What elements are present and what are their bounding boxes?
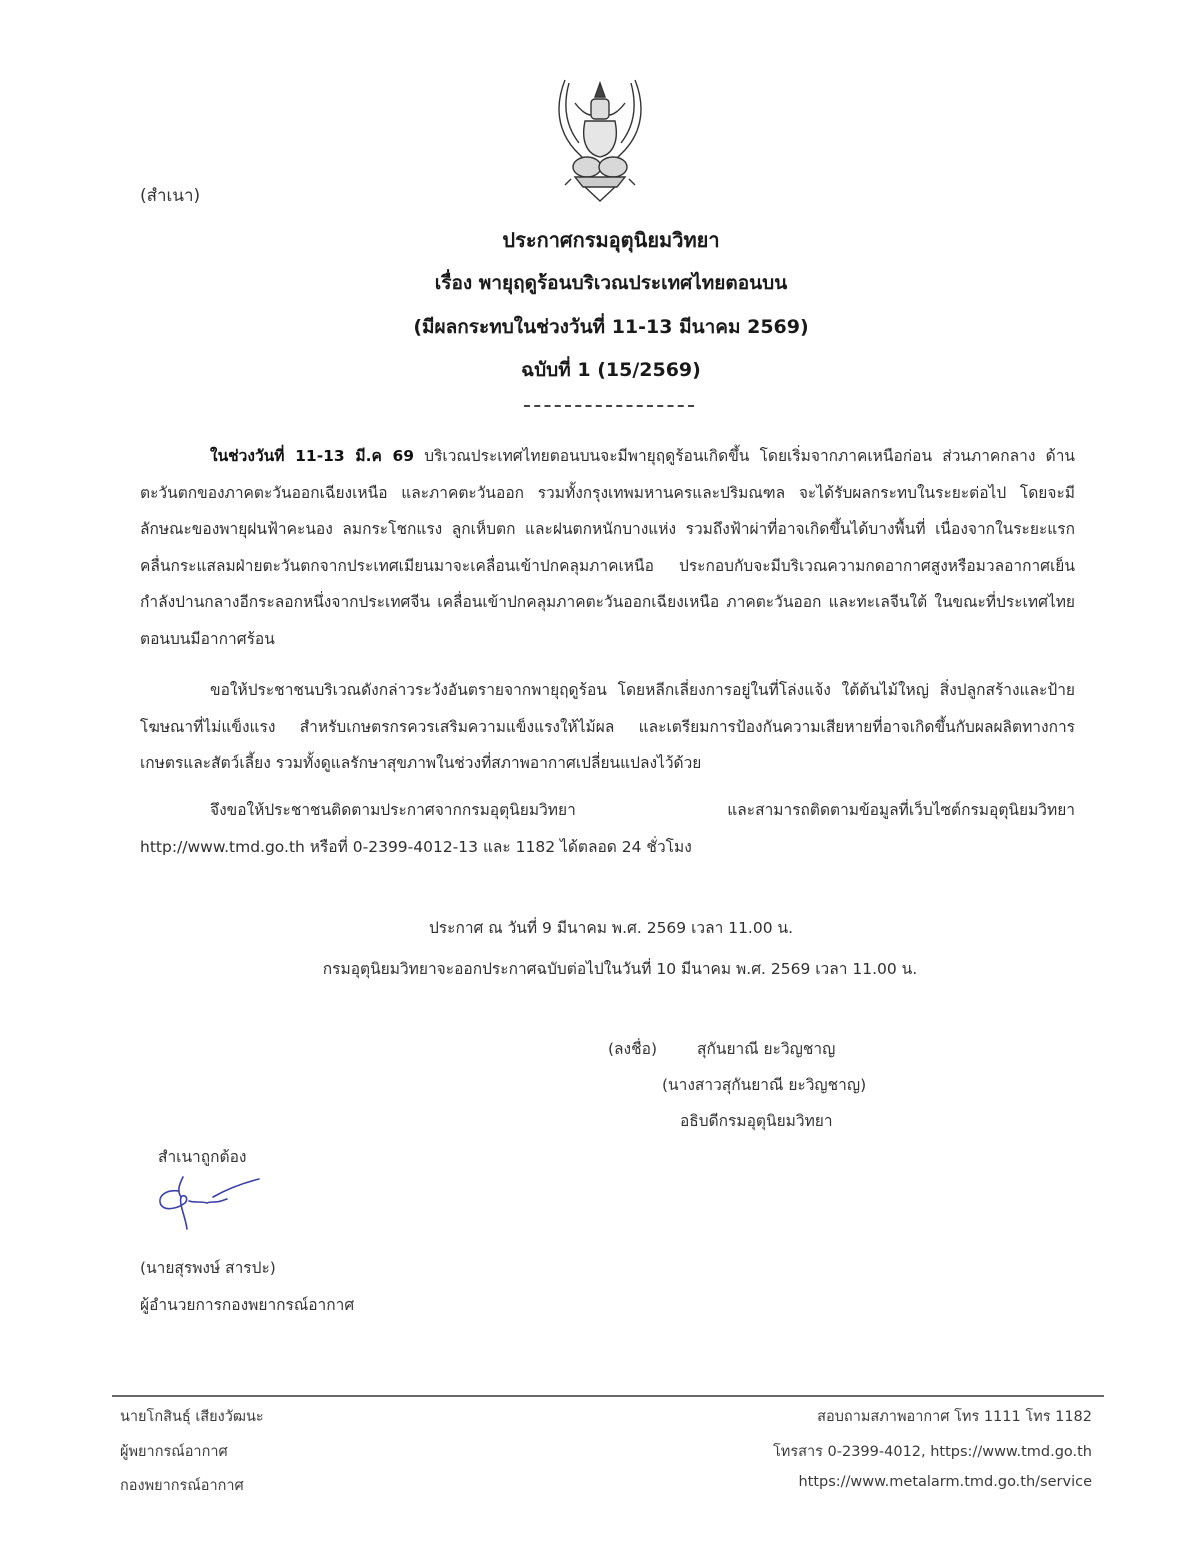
announcement-subject: เรื่อง พายุฤดูร้อนบริเวณประเทศไทยตอนบน <box>0 268 1200 298</box>
forecaster-role: ผู้พยากรณ์อากาศ <box>120 1440 228 1463</box>
contact-fax-website: โทรสาร 0-2399-4012, https://www.tmd.go.t… <box>773 1440 1092 1463</box>
certified-copy-label: สำเนาถูกต้อง <box>158 1144 246 1169</box>
certifier-position: ผู้อำนวยการกองพยากรณ์อากาศ <box>140 1292 354 1317</box>
contact-phone: สอบถามสภาพอากาศ โทร 1111 โทร 1182 <box>817 1405 1092 1428</box>
announcement-period: (มีผลกระทบในช่วงวันที่ 11-13 มีนาคม 2569… <box>0 312 1200 342</box>
signatory-full-name: (นางสาวสุกันยาณี ยะวิญชาญ) <box>662 1072 866 1097</box>
announcement-heading: ประกาศกรมอุตุนิยมวิทยา <box>0 224 1200 256</box>
title-divider <box>524 405 694 407</box>
certifier-name: (นายสุรพงษ์ สารปะ) <box>140 1255 276 1280</box>
signatory-name: สุกันยาณี ยะวิญชาญ <box>697 1036 835 1061</box>
handwritten-signature-icon <box>155 1175 265 1235</box>
forecaster-name: นายโกสินธุ์ เสียงวัฒนะ <box>120 1405 264 1428</box>
body-paragraph-3: จึงขอให้ประชาชนติดตามประกาศจากกรมอุตุนิย… <box>140 792 1075 865</box>
body-paragraph-1: ในช่วงวันที่ 11-13 มี.ค 69 บริเวณประเทศไ… <box>140 438 1075 657</box>
forecaster-division: กองพยากรณ์อากาศ <box>120 1474 244 1497</box>
signatory-position: อธิบดีกรมอุตุนิยมวิทยา <box>680 1108 833 1133</box>
paragraph-text: ขอให้ประชาชนบริเวณดังกล่าวระวังอันตรายจา… <box>140 681 1075 772</box>
body-paragraph-2: ขอให้ประชาชนบริเวณดังกล่าวระวังอันตรายจา… <box>140 672 1075 782</box>
paragraph-text: บริเวณประเทศไทยตอนบนจะมีพายุฤดูร้อนเกิดข… <box>140 447 1075 648</box>
announcement-issue: ฉบับที่ 1 (15/2569) <box>0 355 1200 385</box>
footer-divider <box>112 1395 1104 1397</box>
garuda-emblem-icon <box>545 75 655 205</box>
next-issue-date: กรมอุตุนิยมวิทยาจะออกประกาศฉบับต่อไปในวั… <box>0 956 1200 981</box>
paragraph-lead: ในช่วงวันที่ 11-13 มี.ค 69 <box>210 447 414 465</box>
contact-service-link: https://www.metalarm.tmd.go.th/service <box>798 1474 1092 1490</box>
copy-mark: (สำเนา) <box>140 182 200 209</box>
signed-label: (ลงชื่อ) <box>608 1036 657 1061</box>
paragraph-text: จึงขอให้ประชาชนติดตามประกาศจากกรมอุตุนิย… <box>140 801 1075 856</box>
announced-date: ประกาศ ณ วันที่ 9 มีนาคม พ.ศ. 2569 เวลา … <box>0 915 1200 940</box>
